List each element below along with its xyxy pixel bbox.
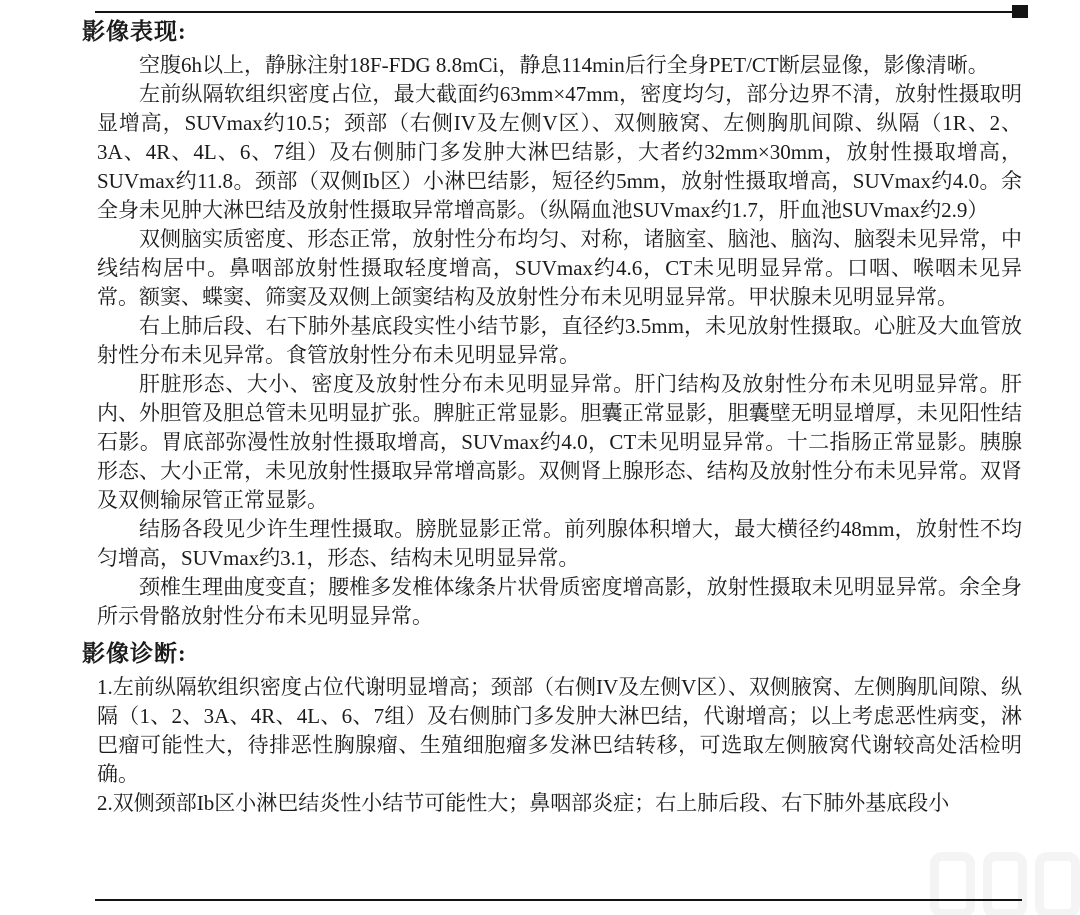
diagnosis-heading: 影像诊断: <box>82 638 1022 669</box>
findings-paragraph: 双侧脑实质密度、形态正常，放射性分布均匀、对称，诸脑室、脑池、脑沟、脑裂未见异常… <box>97 225 1022 312</box>
report-content: 影像表现: 空腹6h以上，静脉注射18F-FDG 8.8mCi，静息114min… <box>97 16 1022 818</box>
findings-paragraph: 结肠各段见少许生理性摄取。膀胱显影正常。前列腺体积增大，最大横径约48mm，放射… <box>97 515 1022 573</box>
findings-paragraph: 空腹6h以上，静脉注射18F-FDG 8.8mCi，静息114min后行全身PE… <box>97 51 1022 80</box>
findings-paragraph: 颈椎生理曲度变直；腰椎多发椎体缘条片状骨质密度增高影，放射性摄取未见明显异常。余… <box>97 573 1022 631</box>
findings-heading: 影像表现: <box>82 16 1022 47</box>
findings-paragraphs: 空腹6h以上，静脉注射18F-FDG 8.8mCi，静息114min后行全身PE… <box>97 51 1022 631</box>
findings-paragraph: 右上肺后段、右下肺外基底段实性小结节影，直径约3.5mm，未见放射性摄取。心脏及… <box>97 312 1022 370</box>
report-page: 影像表现: 空腹6h以上，静脉注射18F-FDG 8.8mCi，静息114min… <box>0 0 1080 915</box>
findings-paragraph: 左前纵隔软组织密度占位，最大截面约63mm×47mm，密度均匀，部分边界不清，放… <box>97 80 1022 225</box>
top-divider <box>95 11 1020 13</box>
diagnosis-item: 1.左前纵隔软组织密度占位代谢明显增高；颈部（右侧IV及左侧V区）、双侧腋窝、左… <box>97 673 1022 789</box>
diagnosis-items: 1.左前纵隔软组织密度占位代谢明显增高；颈部（右侧IV及左侧V区）、双侧腋窝、左… <box>97 673 1022 818</box>
bottom-divider <box>95 899 1022 901</box>
findings-paragraph: 肝脏形态、大小、密度及放射性分布未见明显异常。肝门结构及放射性分布未见明显异常。… <box>97 370 1022 515</box>
diagnosis-item: 2.双侧颈部Ib区小淋巴结炎性小结节可能性大；鼻咽部炎症；右上肺后段、右下肺外基… <box>97 789 1022 818</box>
